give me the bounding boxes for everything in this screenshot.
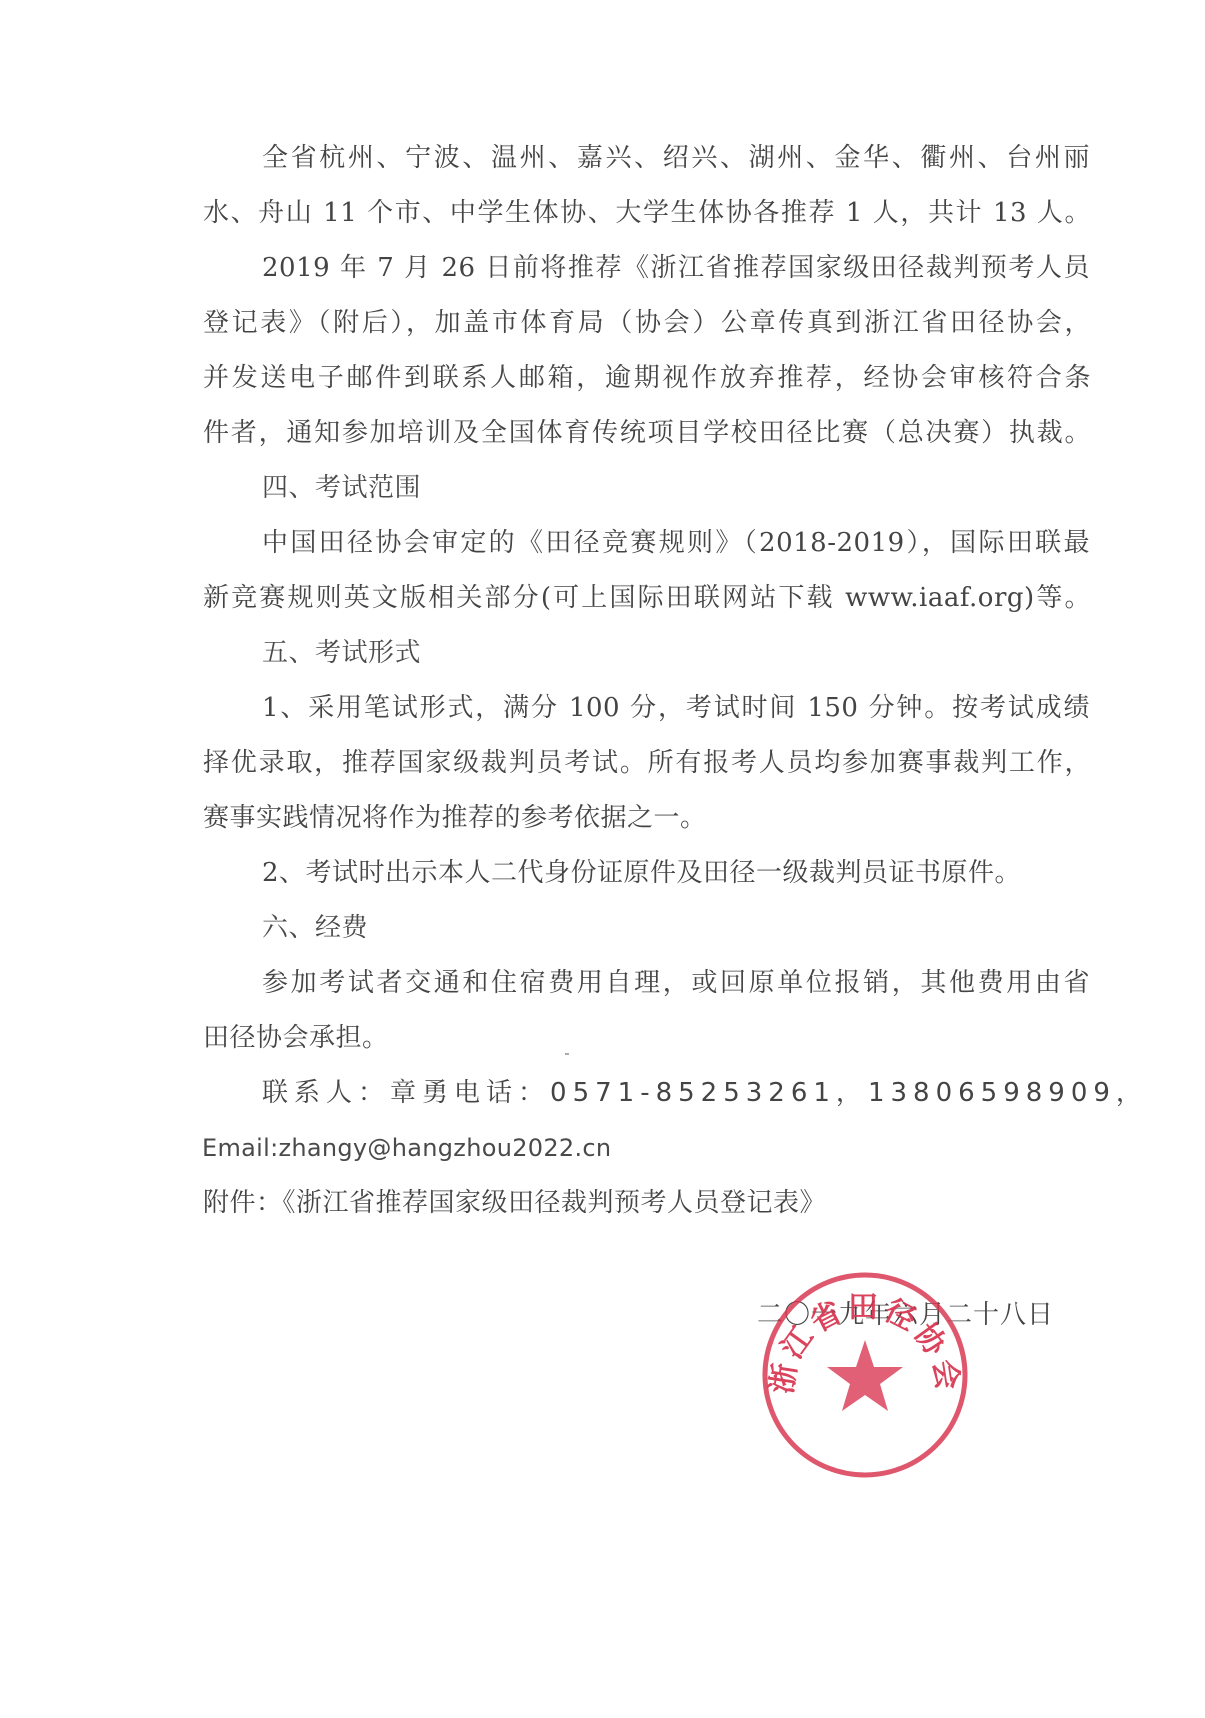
paragraph-line: 并发送电子邮件到联系人邮箱，逾期视作放弃推荐，经协会审核符合条: [203, 358, 1091, 398]
phone-label: 电话：: [454, 1078, 550, 1108]
document-page: 全省杭州、宁波、温州、嘉兴、绍兴、湖州、金华、衢州、台州丽 水、舟山 11 个市…: [0, 0, 1205, 1718]
paragraph-line: 参加考试者交通和住宿费用自理，或回原单位报销，其他费用由省: [262, 963, 1090, 1003]
paragraph-line: 赛事实践情况将作为推荐的参考依据之一。: [203, 798, 707, 838]
document-date: 二〇一九年六月二十八日: [757, 1295, 1054, 1335]
paragraph-line: 2019 年 7 月 26 日前将推荐《浙江省推荐国家级田径裁判预考人员: [262, 248, 1090, 288]
contact-email: Email:zhangy@hangzhou2022.cn: [202, 1128, 611, 1168]
contact-label: 联系人：: [262, 1078, 390, 1108]
paragraph-line: 水、舟山 11 个市、中学生体协、大学生体协各推荐 1 人，共计 13 人。: [203, 193, 1091, 233]
section-heading-exam-format: 五、考试形式: [262, 633, 421, 673]
star-icon: [827, 1340, 903, 1411]
attachment-line: 附件：《浙江省推荐国家级田径裁判预考人员登记表》: [203, 1183, 826, 1223]
section-heading-expenses: 六、经费: [262, 908, 368, 948]
contact-line: 联系人：章勇电话：0571-85253261，13806598909，: [262, 1073, 1088, 1113]
paragraph-line: 全省杭州、宁波、温州、嘉兴、绍兴、湖州、金华、衢州、台州丽: [262, 138, 1090, 178]
paragraph-line: 新竞赛规则英文版相关部分(可上国际田联网站下载 www.iaaf.org)等。: [203, 578, 1091, 618]
scan-speck: [565, 1053, 569, 1055]
paragraph-line: 登记表》（附后），加盖市体育局（协会）公章传真到浙江省田径协会，: [203, 303, 1091, 343]
paragraph-line: 1、采用笔试形式，满分 100 分，考试时间 150 分钟。按考试成绩: [262, 688, 1090, 728]
paragraph-line: 择优录取，推荐国家级裁判员考试。所有报考人员均参加赛事裁判工作，: [203, 743, 1091, 783]
paragraph-line: 田径协会承担。: [203, 1018, 389, 1058]
phone-landline: 0571-85253261，: [550, 1078, 868, 1108]
paragraph-line: 2、考试时出示本人二代身份证原件及田径一级裁判员证书原件。: [262, 853, 1021, 893]
paragraph-line: 中国田径协会审定的《田径竞赛规则》（2018-2019），国际田联最: [262, 523, 1090, 563]
paragraph-line: 件者，通知参加培训及全国体育传统项目学校田径比赛（总决赛）执裁。: [203, 413, 1091, 453]
section-heading-exam-scope: 四、考试范围: [262, 468, 421, 508]
phone-mobile: 13806598909，: [868, 1078, 1148, 1108]
contact-name: 章勇: [390, 1078, 454, 1108]
